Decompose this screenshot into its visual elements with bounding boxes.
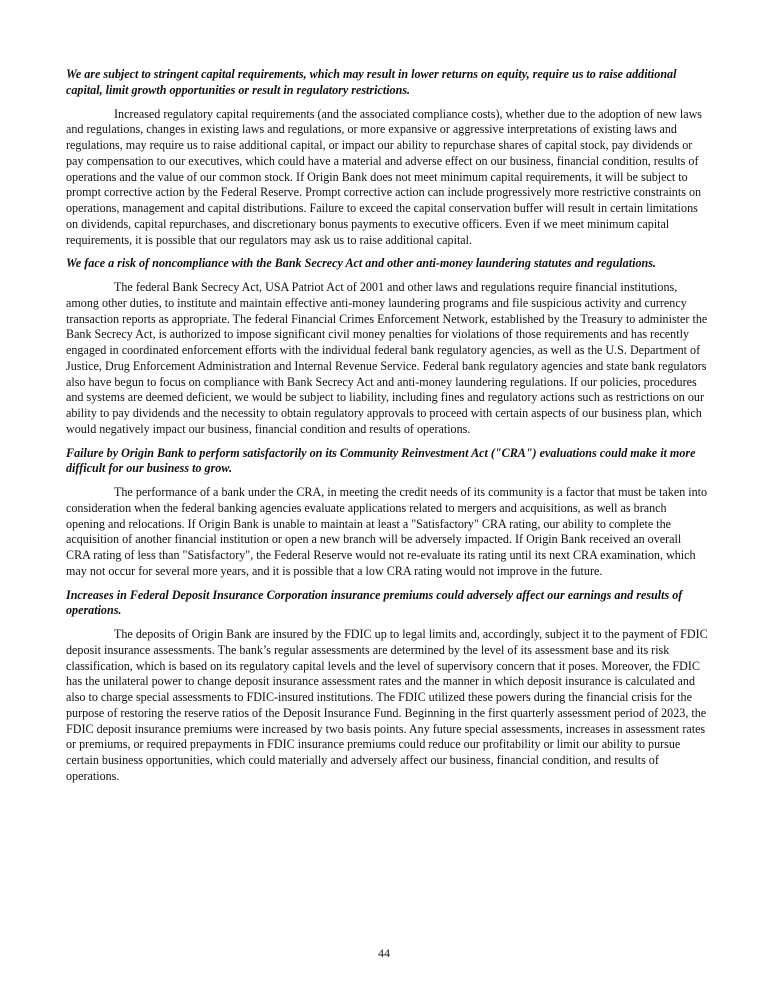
risk-factor-fdic-premiums: Increases in Federal Deposit Insurance C… (66, 588, 708, 785)
section-paragraph: The federal Bank Secrecy Act, USA Patrio… (66, 280, 708, 438)
section-heading: Failure by Origin Bank to perform satisf… (66, 446, 708, 478)
risk-factor-cra-evaluations: Failure by Origin Bank to perform satisf… (66, 446, 708, 580)
risk-factor-capital-requirements: We are subject to stringent capital requ… (66, 67, 708, 248)
page-number: 44 (0, 946, 768, 961)
section-paragraph: The performance of a bank under the CRA,… (66, 485, 708, 580)
section-paragraph: The deposits of Origin Bank are insured … (66, 627, 708, 785)
section-heading: We are subject to stringent capital requ… (66, 67, 708, 99)
section-heading: Increases in Federal Deposit Insurance C… (66, 588, 708, 620)
section-heading: We face a risk of noncompliance with the… (66, 256, 708, 272)
document-page: We are subject to stringent capital requ… (66, 67, 708, 793)
section-paragraph: Increased regulatory capital requirement… (66, 107, 708, 249)
risk-factor-bank-secrecy-act: We face a risk of noncompliance with the… (66, 256, 708, 437)
